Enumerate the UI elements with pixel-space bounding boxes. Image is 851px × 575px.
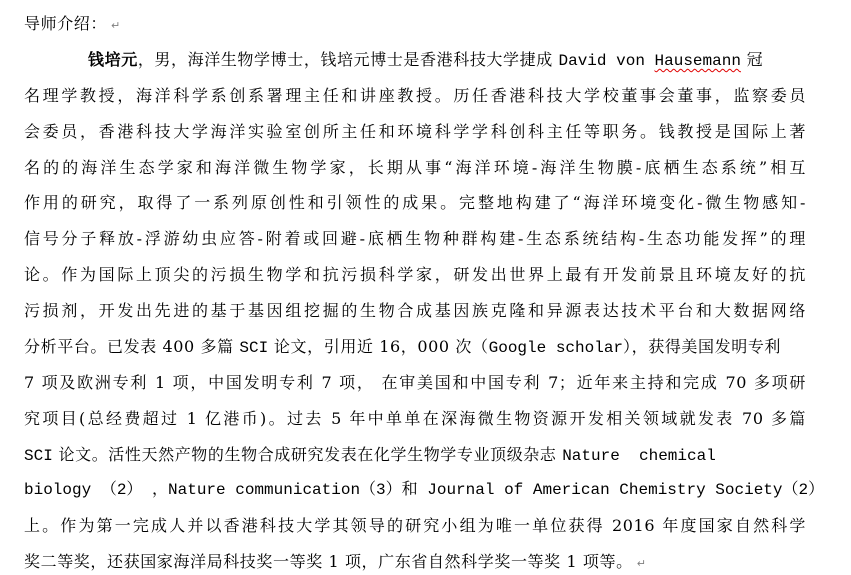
bio-text: 论文。活性天然产物的生物合成研究发表在化学生物学专业顶级杂志: [53, 445, 562, 464]
bio-text: 次（: [450, 337, 489, 356]
heading-text: 导师介绍：: [24, 14, 107, 33]
bio-text: 奖二等奖，还获国家海洋局科技奖一等奖 1 项，广东省自然科学奖一等奖 1 项等。: [24, 552, 633, 571]
bio-text-latin: David von: [559, 52, 655, 70]
bio-line-7: 论。作为国际上顶尖的污损生物学和抗污损科学家，研发出世界上最有开发前景且环境友好…: [24, 257, 806, 293]
publication-count: 400: [163, 337, 195, 356]
bio-line-12: SCI 论文。活性天然产物的生物合成研究发表在化学生物学专业顶级杂志 Natur…: [24, 437, 806, 473]
bio-text: ），获得美国发明专利: [623, 337, 781, 356]
bio-line-3: 会委员，香港科技大学海洋实验室创所主任和环境科学学科创科主任等职务。钱教授是国际…: [24, 114, 806, 150]
bio-line-15: 奖二等奖，还获国家海洋局科技奖一等奖 1 项，广东省自然科学奖一等奖 1 项等。…: [24, 544, 806, 575]
bio-line-1: 钱培元，男，海洋生物学博士，钱培元博士是香港科技大学捷成 David von H…: [24, 42, 806, 78]
bio-line-6: 信号分子释放-浮游幼虫应答-附着或回避-底栖生物种群构建-生态系统结构-生态功能…: [24, 221, 806, 257]
bio-text-latin: Google scholar: [489, 339, 623, 357]
bio-line-5: 作用的研究，取得了一系列原创性和引领性的成果。完整地构建了“海洋环境变化-微生物…: [24, 185, 806, 221]
bio-text: 冠: [741, 50, 763, 69]
bio-text-latin: SCI: [24, 447, 53, 465]
citation-count: 16，000: [379, 337, 450, 356]
bio-line-4: 名的的海洋生态学家和海洋微生物学家，长期从事“海洋环境-海洋生物膜-底栖生态系统…: [24, 150, 806, 186]
bio-text: 分析平台。已发表: [24, 337, 163, 356]
paragraph-mark-icon: ↵: [637, 557, 647, 570]
document-page: 导师介绍：↵ 钱培元，男，海洋生物学博士，钱培元博士是香港科技大学捷成 Davi…: [24, 6, 806, 575]
bio-text: 论文，引用近: [268, 337, 379, 356]
bio-text: 多篇: [195, 337, 240, 356]
advisor-name: 钱培元: [88, 50, 138, 69]
bio-line-9: 分析平台。已发表 400 多篇 SCI 论文，引用近 16，000 次（Goog…: [24, 329, 806, 365]
bio-text: ，男，海洋生物学博士，钱培元博士是香港科技大学捷成: [138, 50, 559, 69]
bio-text-latin: SCI: [239, 339, 268, 357]
bio-line-2: 名理学教授，海洋科学系创系署理主任和讲座教授。历任香港科技大学校董事会董事，监察…: [24, 78, 806, 114]
paragraph-mark-icon: ↵: [111, 19, 121, 32]
heading-line: 导师介绍：↵: [24, 6, 806, 42]
spelling-error-word[interactable]: Hausemann: [655, 52, 741, 70]
bio-line-14: 上。作为第一完成人并以香港科技大学其领导的研究小组为唯一单位获得 2016 年度…: [24, 508, 806, 544]
bio-text-latin: Nature chemical: [562, 447, 716, 465]
bio-line-8: 污损剂，开发出先进的基于基因组挖掘的生物合成基因族克隆和异源表达技术平台和大数据…: [24, 293, 806, 329]
bio-line-10: 7 项及欧洲专利 1 项，中国发明专利 7 项， 在审美国和中国专利 7；近年来…: [24, 365, 806, 401]
bio-line-11: 究项目(总经费超过 1 亿港币)。过去 5 年中单单在深海微生物资源开发相关领域…: [24, 401, 806, 437]
bio-line-13: biology （2） ，Nature communication（3）和 Jo…: [24, 473, 806, 509]
